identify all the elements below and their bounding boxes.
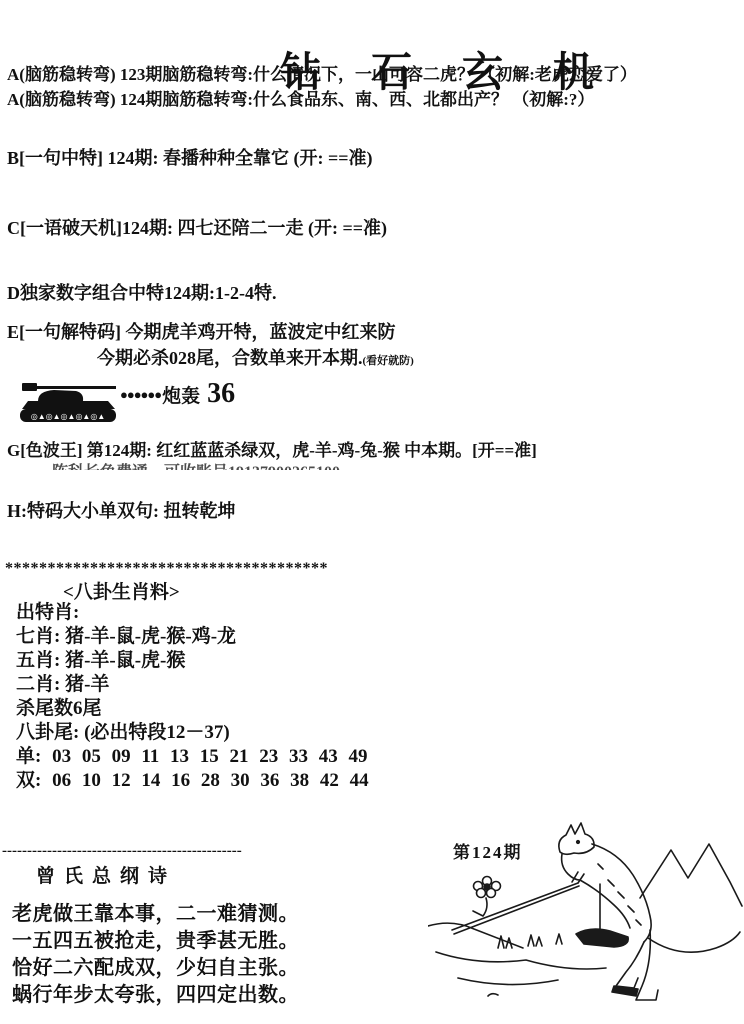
tank-barrel <box>34 386 116 389</box>
clipped-contact-line: 陈科长免费通 可收账号19137900265100 <box>52 459 340 470</box>
bagua-section-title: <八卦生肖料> <box>63 577 180 604</box>
tank-turret <box>38 390 83 401</box>
tank-hull <box>22 401 115 409</box>
tip-sheet-page: 钻石玄机 A(脑筋稳转弯) 123期脑筋稳转弯:什么情况下，一山可容二虎？ （初… <box>0 0 744 1024</box>
tank-track-pattern: ◎▲◎▲◎▲◎▲◎▲ <box>31 412 106 421</box>
bagua-line-shawei: 杀尾数6尾 <box>16 697 369 721</box>
tip-e-line2-text: 今期必杀028尾，合数单来开本期. <box>97 348 363 368</box>
poem-line-2: 一五四五被抢走，贵季甚无胜。 <box>12 928 299 955</box>
tip-d-line: D独家数字组合中特124期:1-2-4特. <box>7 279 276 305</box>
brainteaser-line-124: A(脑筋稳转弯) 124期脑筋稳转弯:什么食品东、南、西、北都出产？ （初解:?… <box>7 87 637 112</box>
tip-b-line: B[一句中特] 124期: 春播种种全靠它 (开: ==准) <box>7 144 372 170</box>
cannon-shell-dots: ●●●●●● <box>120 388 161 401</box>
poem-line-1: 老虎做王靠本事，二一难猜测。 <box>12 901 299 928</box>
pole-line-bottom <box>454 886 579 934</box>
poem-line-3: 恰好二六配成双，少妇自主张。 <box>12 955 299 982</box>
flower-stem <box>473 898 487 916</box>
bagua-line-qixiao: 七肖: 猪-羊-鼠-虎-猴-鸡-龙 <box>16 625 369 649</box>
poem-line-4: 蜗行年步太夸张，四四定出数。 <box>12 982 299 1009</box>
tip-c-line: C[一语破天机]124期: 四七还陪二一走 (开: ==准) <box>7 214 387 240</box>
mountains-icon <box>640 844 742 906</box>
tip-g-line: G[色波王] 第124期: 红红蓝蓝杀绿双，虎-羊-鸡-兔-猴 中本期。[开==… <box>7 436 537 461</box>
bagua-line-baguawei: 八卦尾: (必出特段12－37) <box>16 721 369 745</box>
brainteaser-line-123: A(脑筋稳转弯) 123期脑筋稳转弯:什么情况下，一山可容二虎？ （初解:老虎恋… <box>7 62 637 87</box>
tip-e-note: (看好就防) <box>363 355 414 367</box>
pole-line-top <box>452 883 578 930</box>
star-divider: ************************************** <box>5 560 328 578</box>
poem-title: 曾氏总纲诗 <box>36 861 176 888</box>
grass-icon <box>498 934 562 948</box>
tank-icon: ◎▲◎▲◎▲◎▲◎▲ <box>18 379 120 426</box>
bagua-line-even-numbers: 双: 06 10 12 14 16 28 30 36 38 42 44 <box>16 769 369 793</box>
bagua-line-wuxiao: 五肖: 猪-羊-鼠-虎-猴 <box>16 649 369 673</box>
bagua-line-chutexiao: 出特肖: <box>16 601 369 625</box>
cannon-blast-number: 36 <box>207 380 235 408</box>
poem-block: 老虎做王靠本事，二一难猜测。 一五四五被抢走，贵季甚无胜。 恰好二六配成双，少妇… <box>12 901 299 1009</box>
flower-icon <box>474 877 501 898</box>
cannon-blast-label: 炮轰 <box>162 381 200 408</box>
cannon-blast-row: ●●●●●● 炮轰 36 <box>120 380 235 408</box>
tip-e-line2: 今期必杀028尾，合数单来开本期.(看好就防) <box>97 344 414 370</box>
bagua-zodiac-block: 出特肖: 七肖: 猪-羊-鼠-虎-猴-鸡-龙 五肖: 猪-羊-鼠-虎-猴 二肖:… <box>16 601 369 793</box>
tip-h-line: H:特码大小单双句: 扭转乾坤 <box>7 497 236 523</box>
bagua-line-odd-numbers: 单: 03 05 09 11 13 15 21 23 33 43 49 <box>16 745 369 769</box>
kangaroo-illustration <box>428 820 744 1020</box>
dashed-divider: ----------------------------------------… <box>2 843 242 860</box>
bagua-line-erxiao: 二肖: 猪-羊 <box>16 673 369 697</box>
tip-e-line1: E[一句解特码] 今期虎羊鸡开特，蓝波定中红来防 <box>7 318 396 344</box>
brainteaser-block: A(脑筋稳转弯) 123期脑筋稳转弯:什么情况下，一山可容二虎？ （初解:老虎恋… <box>7 62 637 112</box>
